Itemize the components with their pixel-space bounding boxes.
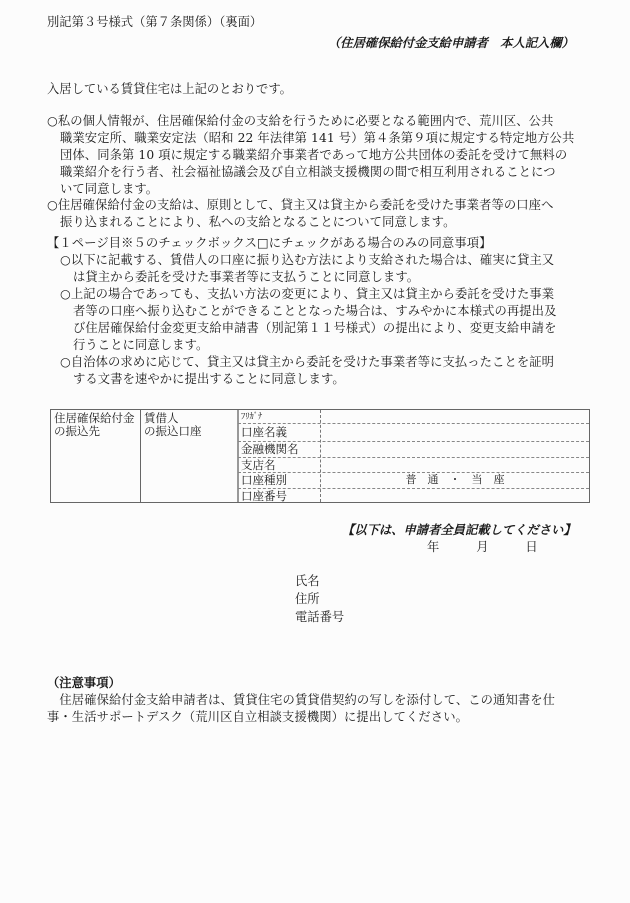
tenant-account-label: の振込口座 xyxy=(144,424,202,438)
consent-line: 職業紹介を行う者、社会福祉協議会及び自立相談支援機関の間で相互利用されることにつ xyxy=(60,164,556,181)
branch-name-field[interactable] xyxy=(323,458,587,471)
address-label: 住所 xyxy=(295,591,320,608)
consent-line: 団体、同条第 10 項に規定する職業紹介事業者であって地方公共団体の委託を受けて… xyxy=(60,147,567,164)
name-label: 氏名 xyxy=(295,573,320,590)
bank-account-table: 住居確保給付金 の振込先 賃借人 の振込口座 ﾌﾘｶﾞﾅ 口座名義 金融機関名 … xyxy=(50,409,590,503)
conditional-line: ○上記の場合であっても、支払い方法の変更により、貸主又は貸主から委託を受けた事業 xyxy=(60,286,554,303)
furigana-label: ﾌﾘｶﾞﾅ xyxy=(241,412,262,422)
conditional-line: ○以下に記載する、賃借人の口座に振り込む方法により支給された場合は、確実に貸主又 xyxy=(60,252,554,269)
consent-line: ○住居確保給付金の支給は、原則として、貸主又は貸主から委託を受けた事業者等の口座… xyxy=(47,197,553,214)
row-divider xyxy=(238,423,589,424)
consent-line: 職業安定所、職業安定法（昭和 22 年法律第 141 号）第４条第９項に規定する… xyxy=(60,130,574,147)
conditional-line: する文書を速やかに提出することに同意します。 xyxy=(73,371,345,388)
consent-line: ○私の個人情報が、住居確保給付金の支給を行うために必要となる範囲内で、荒川区、公… xyxy=(47,113,553,130)
conditional-line: は貸主から委託を受けた事業者等に支払うことに同意します。 xyxy=(73,269,419,286)
bank-name-label: 金融機関名 xyxy=(241,442,299,456)
account-type-label: 口座種別 xyxy=(241,473,287,487)
account-holder-label: 口座名義 xyxy=(241,425,287,439)
branch-name-label: 支店名 xyxy=(241,458,276,472)
transfer-destination-label: 住居確保給付金 xyxy=(54,411,135,425)
date-field[interactable]: 年 月 日 xyxy=(427,539,538,556)
notes-heading: （注意事項） xyxy=(47,675,121,692)
furigana-field[interactable] xyxy=(323,410,587,422)
account-holder-field[interactable] xyxy=(323,425,587,440)
account-type-options[interactable]: 普 通 ・ 当 座 xyxy=(321,473,589,487)
transfer-destination-label: の振込先 xyxy=(54,424,100,438)
phone-label: 電話番号 xyxy=(295,609,344,626)
conditional-line: 者等の口座へ振り込むことができることとなった場合は、すみやかに本様式の再提出及 xyxy=(73,303,556,320)
account-number-label: 口座番号 xyxy=(241,489,287,503)
notes-line: 事・生活サポートデスク（荒川区自立相談支援機関）に提出してください。 xyxy=(47,709,468,726)
form-number: 別記第３号様式（第７条関係）（裏面） xyxy=(47,14,262,31)
table-divider xyxy=(140,410,141,502)
bank-name-field[interactable] xyxy=(323,442,587,456)
conditional-heading: 【１ページ目※５のチェックボックス□にチェックがある場合のみの同意事項】 xyxy=(47,235,492,252)
account-number-field[interactable] xyxy=(323,489,587,502)
notes-line: 住居確保給付金支給申請者は、賃貸住宅の賃貸借契約の写しを添付して、この通知書を仕 xyxy=(47,692,555,709)
consent-line: 振り込まれることにより、私への支給となることについて同意します。 xyxy=(60,214,455,231)
tenant-account-label: 賃借人 xyxy=(144,411,179,425)
applicant-instruction: 【以下は、申請者全員記載してください】 xyxy=(342,522,576,539)
conditional-line: び住居確保給付金変更支給申請書（別記第１１号様式）の提出により、変更支給申請を xyxy=(73,320,556,337)
consent-line: いて同意します。 xyxy=(60,181,158,198)
conditional-line: ○自治体の求めに応じて、貸主又は貸主から委託を受けた事業者等に支払ったことを証明 xyxy=(60,354,554,371)
section-label: （住居確保給付金支給申請者 本人記入欄） xyxy=(328,35,574,52)
conditional-line: 行うことに同意します。 xyxy=(73,337,208,354)
intro-text: 入居している賃貸住宅は上記のとおりです。 xyxy=(47,81,292,98)
